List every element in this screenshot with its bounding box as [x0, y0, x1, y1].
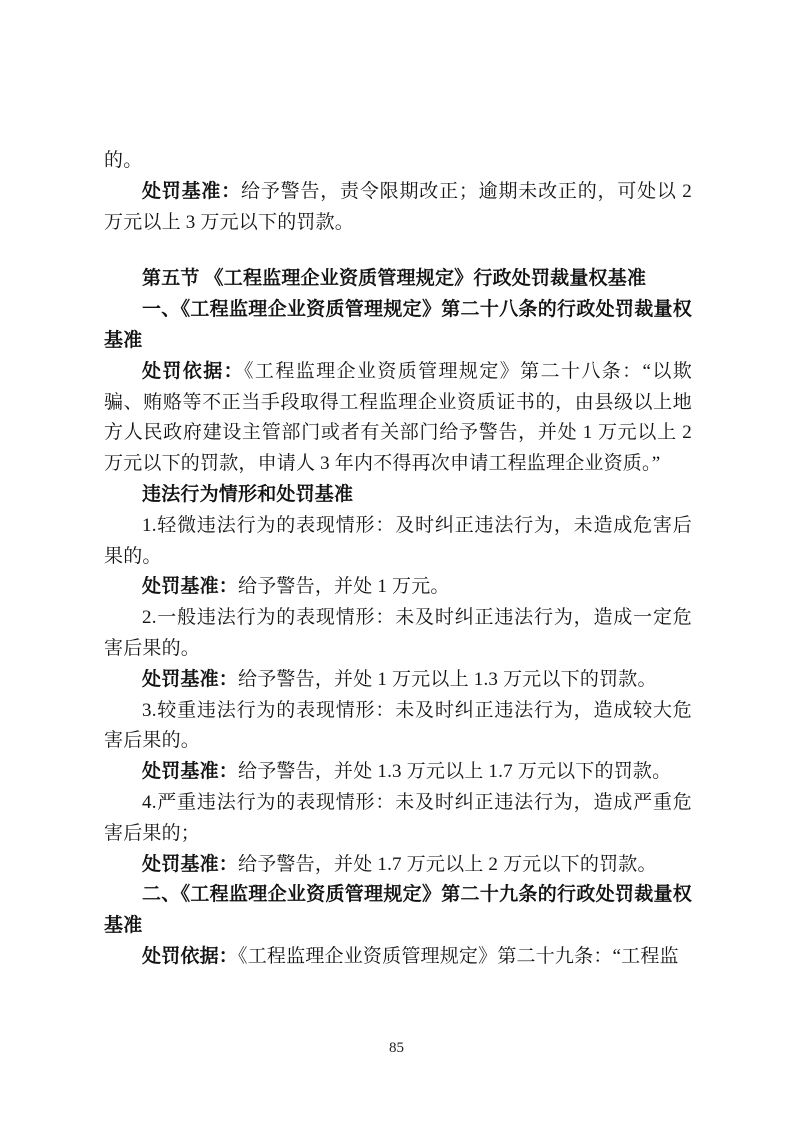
paragraph-label: 处罚依据：: [142, 946, 238, 967]
para-penalty-standard-prev: 处罚基准：给予警告，责令限期改正；逾期未改正的，可处以 2 万元以上 3 万元以…: [104, 177, 692, 239]
heading-violation-categories: 违法行为情形和处罚基准: [104, 480, 692, 511]
heading-item-2-article-29: 二、《工程监理企业资质管理规定》第二十九条的行政处罚裁量权基准: [104, 880, 692, 942]
heading-text: 第五节 《工程监理企业资质管理规定》行政处罚裁量权基准: [142, 268, 646, 289]
heading-text: 违法行为情形和处罚基准: [142, 484, 353, 505]
paragraph-label: 处罚基准：: [142, 576, 238, 597]
paragraph-label: 处罚基准：: [142, 854, 238, 875]
para-severe-violation: 4.严重违法行为的表现情形：未及时纠正违法行为，造成严重危害后果的；: [104, 788, 692, 850]
paragraph-label: 处罚基准：: [142, 181, 241, 202]
heading-text: 一、《工程监理企业资质管理规定》第二十八条的行政处罚裁量权基准: [104, 299, 692, 351]
paragraph-text: 给予警告，并处 1 万元以上 1.3 万元以下的罚款。: [238, 669, 657, 690]
para-minor-penalty: 处罚基准：给予警告，并处 1 万元。: [104, 572, 692, 603]
document-page: 的。 处罚基准：给予警告，责令限期改正；逾期未改正的，可处以 2 万元以上 3 …: [0, 0, 793, 1122]
paragraph-text: 1.轻微违法行为的表现情形：及时纠正违法行为，未造成危害后果的。: [104, 515, 692, 567]
para-continuation: 的。: [104, 146, 692, 177]
paragraph-text: 2.一般违法行为的表现情形：未及时纠正违法行为，造成一定危害后果的。: [104, 607, 692, 659]
paragraph-label: 处罚基准：: [142, 669, 238, 690]
page-number: 85: [0, 1040, 793, 1057]
document-body: 的。 处罚基准：给予警告，责令限期改正；逾期未改正的，可处以 2 万元以上 3 …: [104, 146, 692, 973]
paragraph-label: 处罚依据：: [142, 361, 244, 382]
paragraph-text: 《工程监理企业资质管理规定》第二十九条：“工程监: [238, 946, 679, 967]
para-penalty-basis-article-28: 处罚依据：《工程监理企业资质管理规定》第二十八条：“以欺骗、贿赂等不正当手段取得…: [104, 357, 692, 480]
paragraph-text: 给予警告，并处 1 万元。: [238, 576, 450, 597]
paragraph-label: 处罚基准：: [142, 761, 238, 782]
para-heavier-violation: 3.较重违法行为的表现情形：未及时纠正违法行为，造成较大危害后果的。: [104, 696, 692, 758]
paragraph-text: 的。: [104, 150, 142, 171]
para-penalty-basis-article-29: 处罚依据：《工程监理企业资质管理规定》第二十九条：“工程监: [104, 942, 692, 973]
para-heavier-penalty: 处罚基准：给予警告，并处 1.3 万元以上 1.7 万元以下的罚款。: [104, 757, 692, 788]
paragraph-text: 3.较重违法行为的表现情形：未及时纠正违法行为，造成较大危害后果的。: [104, 700, 692, 752]
para-severe-penalty: 处罚基准：给予警告，并处 1.7 万元以上 2 万元以下的罚款。: [104, 850, 692, 881]
heading-section-5: 第五节 《工程监理企业资质管理规定》行政处罚裁量权基准: [104, 264, 692, 295]
para-general-penalty: 处罚基准：给予警告，并处 1 万元以上 1.3 万元以下的罚款。: [104, 665, 692, 696]
paragraph-text: 给予警告，并处 1.7 万元以上 2 万元以下的罚款。: [238, 854, 657, 875]
heading-item-1-article-28: 一、《工程监理企业资质管理规定》第二十八条的行政处罚裁量权基准: [104, 295, 692, 357]
paragraph-text: 给予警告，并处 1.3 万元以上 1.7 万元以下的罚款。: [238, 761, 671, 782]
para-general-violation: 2.一般违法行为的表现情形：未及时纠正违法行为，造成一定危害后果的。: [104, 603, 692, 665]
para-minor-violation: 1.轻微违法行为的表现情形：及时纠正违法行为，未造成危害后果的。: [104, 511, 692, 573]
paragraph-text: 4.严重违法行为的表现情形：未及时纠正违法行为，造成严重危害后果的；: [104, 792, 692, 844]
heading-text: 二、《工程监理企业资质管理规定》第二十九条的行政处罚裁量权基准: [104, 884, 692, 936]
